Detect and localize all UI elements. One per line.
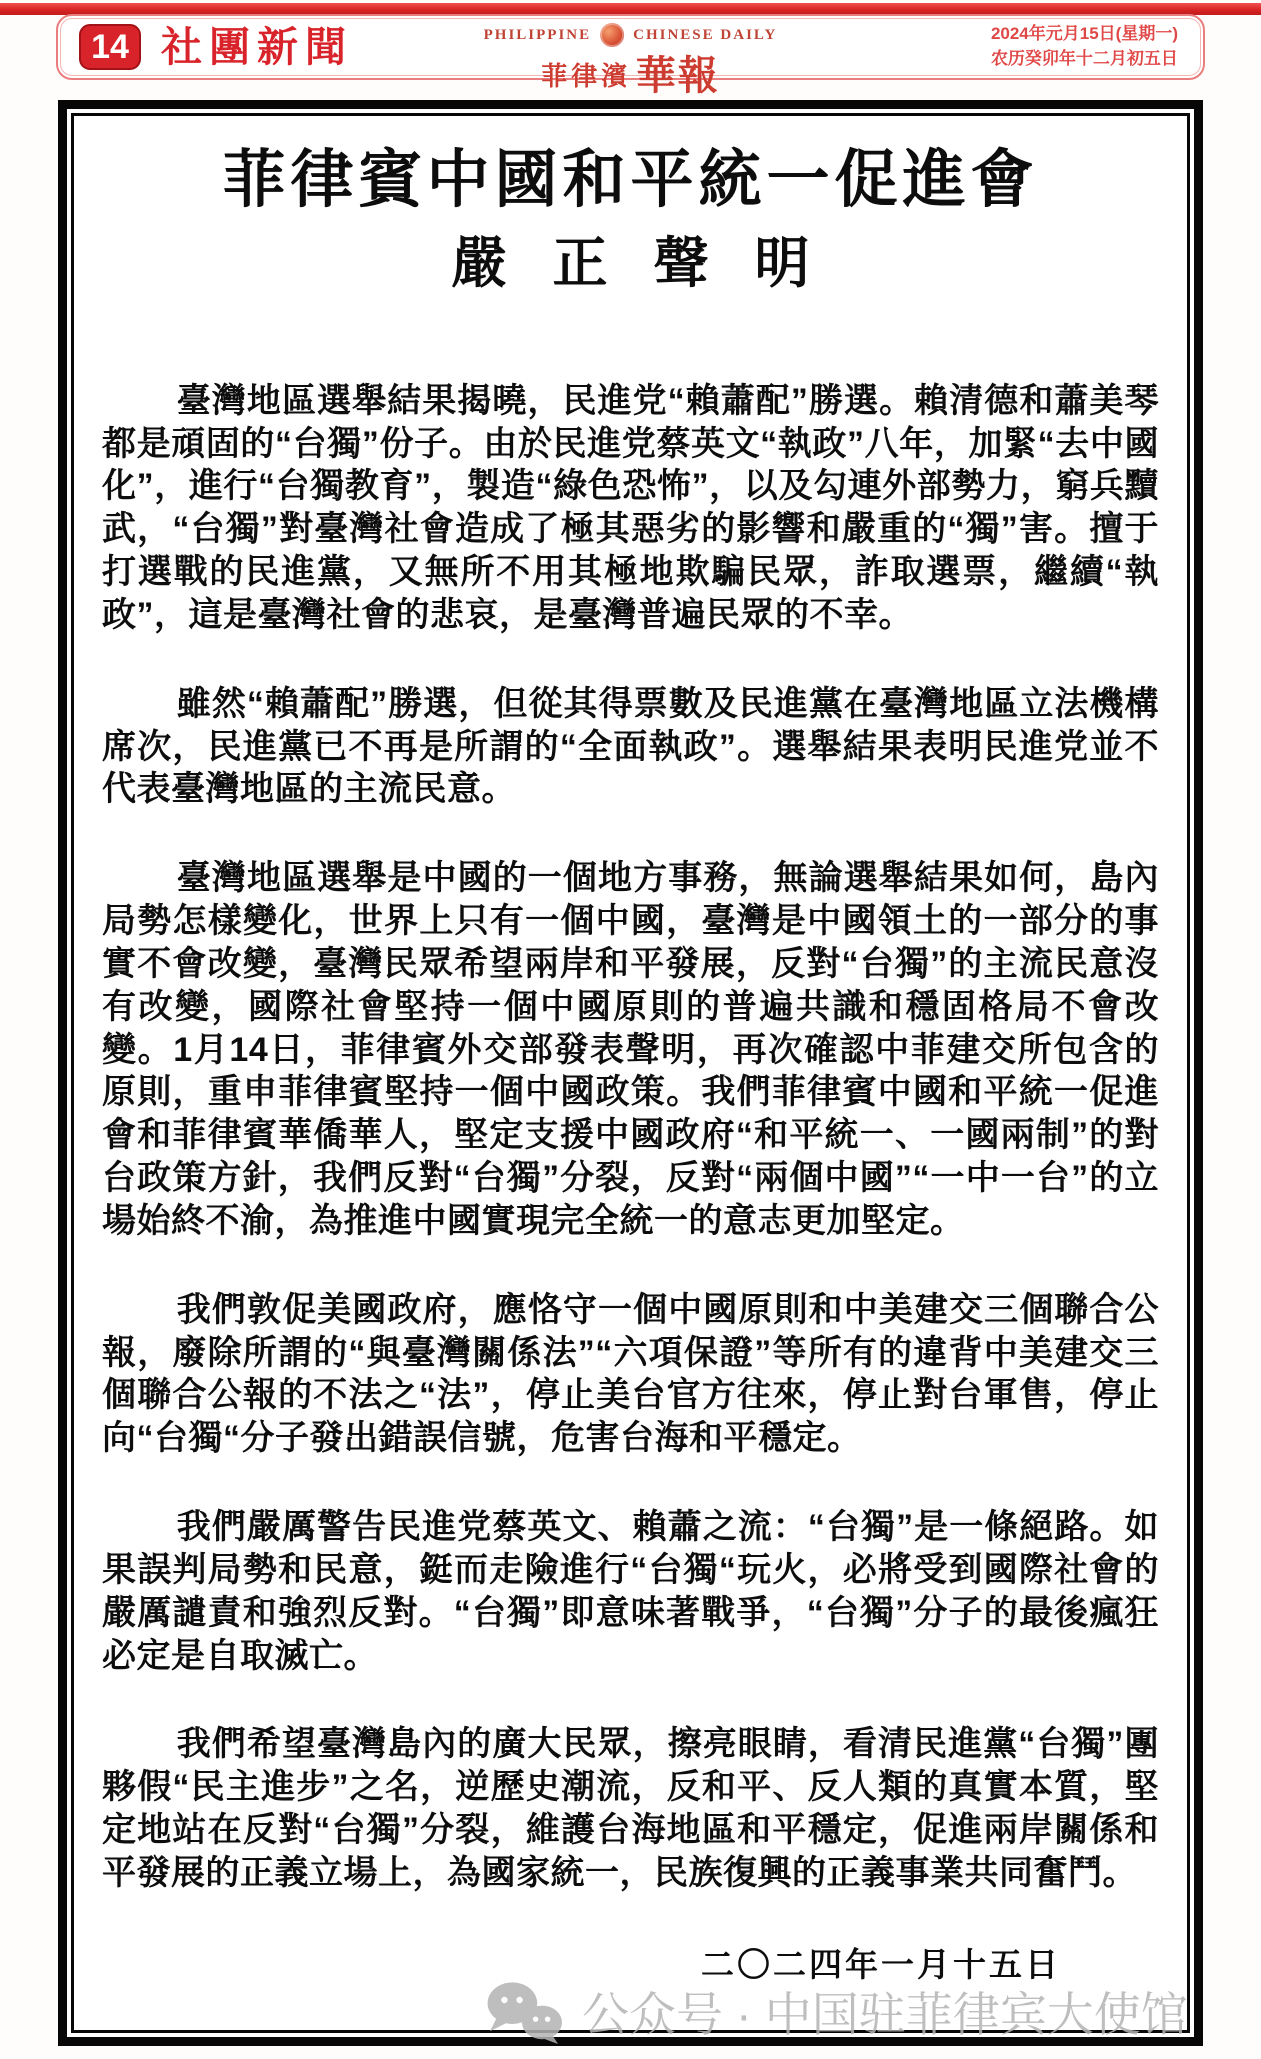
issue-date-lunar: 农历癸卯年十二月初五日 bbox=[991, 47, 1178, 72]
watermark: 公众号 · 中国驻菲律宾大使馆 bbox=[482, 1978, 1188, 2045]
statement-box: 菲律賓中國和平統一促進會 嚴正聲明 臺灣地區選舉結果揭曉，民進党“賴蕭配”勝選。… bbox=[58, 100, 1203, 2046]
statement-body: 臺灣地區選舉結果揭曉，民進党“賴蕭配”勝選。賴清德和蕭美琴都是頑固的“台獨”份子… bbox=[102, 380, 1159, 1895]
issue-date-gregorian: 2024年元月15日(星期一) bbox=[991, 22, 1178, 47]
statement-paragraph: 臺灣地區選舉結果揭曉，民進党“賴蕭配”勝選。賴清德和蕭美琴都是頑固的“台獨”份子… bbox=[102, 380, 1159, 637]
statement-paragraph: 雖然“賴蕭配”勝選，但從其得票數及民進黨在臺灣地區立法機構席次，民進黨已不再是所… bbox=[102, 683, 1159, 811]
page-header: 14 社團新聞 PHILIPPINE CHINESE DAILY 菲律濱 華報 … bbox=[56, 14, 1205, 80]
issue-date-block: 2024年元月15日(星期一) 农历癸卯年十二月初五日 bbox=[991, 22, 1178, 71]
statement-paragraph: 臺灣地區選舉是中國的一個地方事務，無論選舉結果如何，島內局勢怎樣變化，世界上只有… bbox=[102, 857, 1159, 1242]
masthead-english-left: PHILIPPINE bbox=[484, 27, 592, 44]
wechat-icon bbox=[482, 1980, 566, 2044]
masthead-chinese: 菲律濱 華報 bbox=[484, 44, 778, 101]
newspaper-page: 14 社團新聞 PHILIPPINE CHINESE DAILY 菲律濱 華報 … bbox=[0, 0, 1261, 2059]
watermark-text: 公众号 · 中国驻菲律宾大使馆 bbox=[582, 1978, 1188, 2045]
masthead: PHILIPPINE CHINESE DAILY 菲律濱 華報 bbox=[484, 23, 778, 101]
masthead-chinese-big: 華報 bbox=[636, 54, 720, 98]
statement-inner: 菲律賓中國和平統一促進會 嚴正聲明 臺灣地區選舉結果揭曉，民進党“賴蕭配”勝選。… bbox=[71, 113, 1190, 2033]
section-title: 社團新聞 bbox=[161, 27, 353, 68]
page-header-inner: 14 社團新聞 PHILIPPINE CHINESE DAILY 菲律濱 華報 … bbox=[60, 18, 1201, 76]
statement-paragraph: 我們嚴厲警告民進党蔡英文、賴蕭之流：“台獨”是一條絕路。如果誤判局勢和民意，鋌而… bbox=[102, 1506, 1159, 1677]
statement-paragraph: 我們敦促美國政府，應恪守一個中國原則和中美建交三個聯合公報，廢除所謂的“與臺灣關… bbox=[102, 1289, 1159, 1460]
statement-subtitle: 嚴正聲明 bbox=[146, 233, 1161, 294]
header-left: 14 社團新聞 bbox=[79, 24, 353, 70]
statement-paragraph: 我們希望臺灣島內的廣大民眾，擦亮眼睛，看清民進黨“台獨”團夥假“民主進步”之名，… bbox=[102, 1723, 1159, 1894]
masthead-english-right: CHINESE DAILY bbox=[633, 27, 777, 44]
masthead-chinese-small: 菲律濱 bbox=[541, 61, 631, 91]
statement-title: 菲律賓中國和平統一促進會 bbox=[102, 146, 1159, 215]
page-number-badge: 14 bbox=[79, 24, 141, 70]
